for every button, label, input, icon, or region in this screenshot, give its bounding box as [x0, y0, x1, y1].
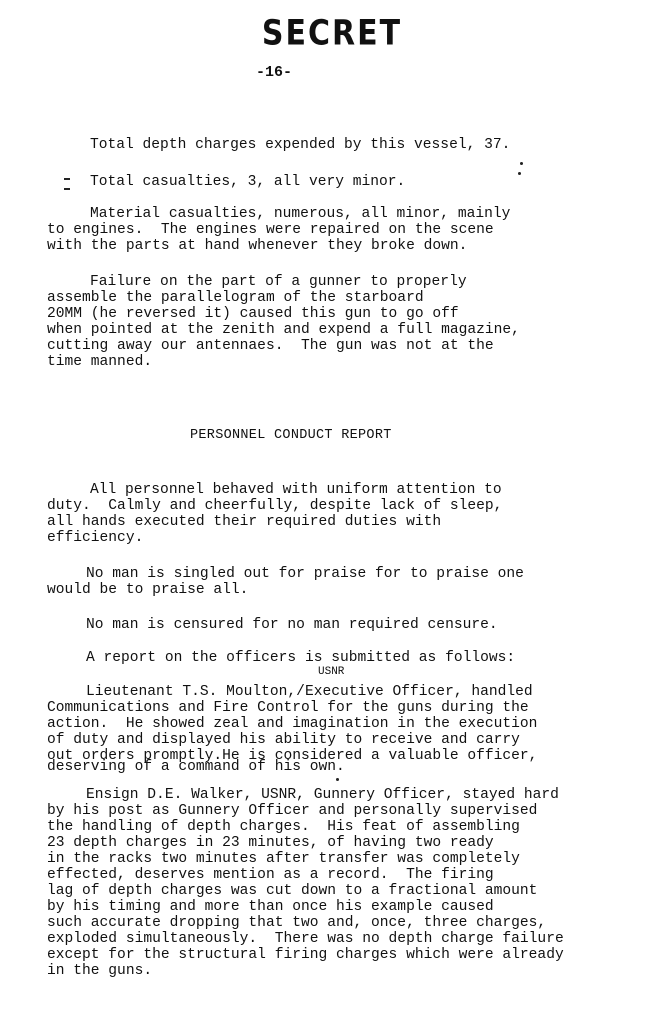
- text-line: Ensign D.E. Walker, USNR, Gunnery Office…: [86, 787, 559, 803]
- scan-speck: [336, 778, 339, 781]
- page-number: -16-: [256, 64, 292, 81]
- text-line: the handling of depth charges. His feat …: [47, 819, 520, 835]
- scan-speck: [64, 178, 70, 180]
- text-line: with the parts at hand whenever they bro…: [47, 238, 467, 254]
- text-line: all hands executed their required duties…: [47, 514, 441, 530]
- text-line: No man is singled out for praise for to …: [86, 566, 524, 582]
- scan-speck: [520, 162, 523, 165]
- text-line: by his timing and more than once his exa…: [47, 899, 494, 915]
- interlinear-insertion: USNR: [318, 666, 344, 678]
- text-line: except for the structural firing charges…: [47, 947, 564, 963]
- text-line: 23 depth charges in 23 minutes, of havin…: [47, 835, 494, 851]
- paragraph-casualties-total: Total casualties, 3, all very minor.: [90, 174, 405, 190]
- text-line: by his post as Gunnery Officer and perso…: [47, 803, 537, 819]
- text-line: cutting away our antennaes. The gun was …: [47, 338, 494, 354]
- text-line: lag of depth charges was cut down to a f…: [47, 883, 537, 899]
- text-line: efficiency.: [47, 530, 143, 546]
- text-line: Communications and Fire Control for the …: [47, 700, 529, 716]
- text-line: Failure on the part of a gunner to prope…: [90, 274, 467, 290]
- scan-speck: [64, 188, 70, 190]
- paragraph-censure: No man is censured for no man required c…: [86, 617, 498, 633]
- text-line: time manned.: [47, 354, 152, 370]
- section-heading: PERSONNEL CONDUCT REPORT: [190, 428, 392, 443]
- text-line: Lieutenant T.S. Moulton,/Executive Offic…: [86, 684, 533, 700]
- paragraph-depth-charges-total: Total depth charges expended by this ves…: [90, 137, 510, 153]
- text-line: duty. Calmly and cheerfully, despite lac…: [47, 498, 502, 514]
- text-line: Material casualties, numerous, all minor…: [90, 206, 510, 222]
- text-line: in the guns.: [47, 963, 152, 979]
- text-line: assemble the parallelogram of the starbo…: [47, 290, 424, 306]
- text-line: All personnel behaved with uniform atten…: [90, 482, 502, 498]
- text-line: effected, deserves mention as a record. …: [47, 867, 494, 883]
- text-line: exploded simultaneously. There was no de…: [47, 931, 564, 947]
- text-line: action. He showed zeal and imagination i…: [47, 716, 537, 732]
- text-line: deserving of a command of his own.: [47, 759, 345, 775]
- classification-stamp: SECRET: [0, 13, 664, 53]
- text-line: in the racks two minutes after transfer …: [47, 851, 520, 867]
- text-line: 20MM (he reversed it) caused this gun to…: [47, 306, 459, 322]
- text-line: such accurate dropping that two and, onc…: [47, 915, 546, 931]
- scan-speck: [518, 172, 521, 175]
- text-line: when pointed at the zenith and expend a …: [47, 322, 520, 338]
- paragraph-officers-intro: A report on the officers is submitted as…: [86, 650, 515, 666]
- text-line: would be to praise all.: [47, 582, 248, 598]
- text-line: of duty and displayed his ability to rec…: [47, 732, 520, 748]
- text-line: to engines. The engines were repaired on…: [47, 222, 494, 238]
